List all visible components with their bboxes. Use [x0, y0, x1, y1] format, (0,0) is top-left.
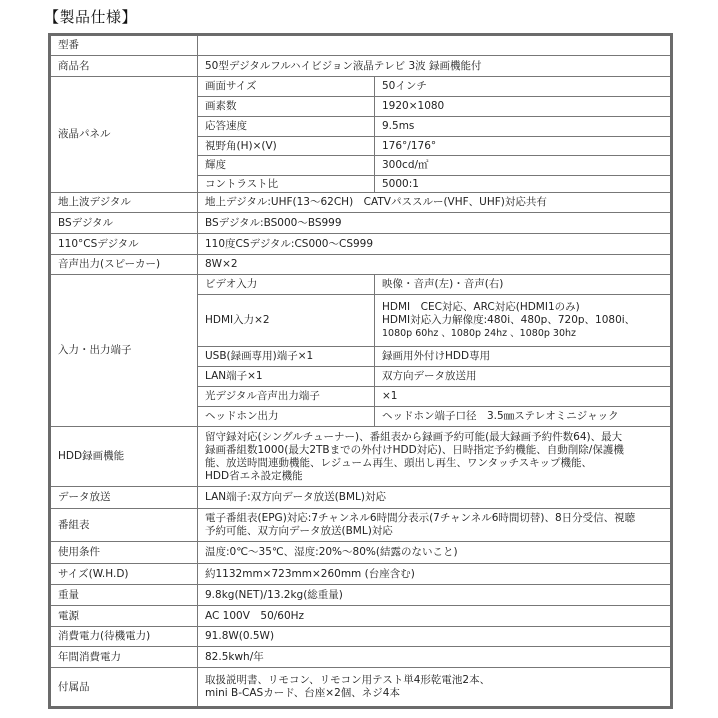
- row-label: 重量: [50, 585, 198, 606]
- table-row: 地上波デジタル 地上デジタル:UHF(13～62CH) CATVパススルー(VH…: [50, 193, 672, 213]
- sub-label: 画面サイズ: [198, 77, 375, 97]
- row-label: 音声出力(スピーカー): [50, 255, 198, 275]
- sub-value: ×1: [375, 387, 672, 407]
- table-row: 音声出力(スピーカー) 8W×2: [50, 255, 672, 275]
- row-label: 年間消費電力: [50, 647, 198, 668]
- row-label: 地上波デジタル: [50, 193, 198, 213]
- sub-value: HDMI CEC対応、ARC対応(HDMI1のみ) HDMI対応入力解像度:48…: [375, 295, 672, 347]
- table-row: 付属品 取扱説明書、リモコン、リモコン用テスト単4形乾電池2本、 mini B-…: [50, 668, 672, 708]
- sub-value: 176°/176°: [375, 137, 672, 156]
- table-row: サイズ(W.H.D) 約1132mm×723mm×260mm (台座含む): [50, 564, 672, 585]
- sub-label: コントラスト比: [198, 176, 375, 193]
- sub-label: HDMI入力×2: [198, 295, 375, 347]
- row-label: 110°CSデジタル: [50, 234, 198, 255]
- row-label: 使用条件: [50, 542, 198, 564]
- row-value: 地上デジタル:UHF(13～62CH) CATVパススルー(VHF、UHF)対応…: [198, 193, 672, 213]
- row-value: LAN端子:双方向データ放送(BML)対応: [198, 487, 672, 509]
- text-line: HDMI CEC対応、ARC対応(HDMI1のみ): [382, 301, 670, 314]
- row-label: 商品名: [50, 56, 198, 77]
- row-label: 付属品: [50, 668, 198, 708]
- row-value: 110度CSデジタル:CS000～CS999: [198, 234, 672, 255]
- table-row: 消費電力(待機電力) 91.8W(0.5W): [50, 627, 672, 647]
- sub-value: ヘッドホン端子口径 3.5㎜ステレオミニジャック: [375, 407, 672, 427]
- text-line: 留守録対応(シングルチューナー)、番組表から録画予約可能(最大録画予約件数64)…: [205, 431, 670, 444]
- table-row: 液晶パネル 画面サイズ 50インチ: [50, 77, 672, 97]
- row-value: 82.5kwh/年: [198, 647, 672, 668]
- sub-label: ビデオ入力: [198, 275, 375, 295]
- table-row: BSデジタル BSデジタル:BS000～BS999: [50, 213, 672, 234]
- row-value: 留守録対応(シングルチューナー)、番組表から録画予約可能(最大録画予約件数64)…: [198, 427, 672, 487]
- table-row: 電源 AC 100V 50/60Hz: [50, 606, 672, 627]
- table-row: 110°CSデジタル 110度CSデジタル:CS000～CS999: [50, 234, 672, 255]
- row-value: BSデジタル:BS000～BS999: [198, 213, 672, 234]
- sub-value: 50インチ: [375, 77, 672, 97]
- row-label: 液晶パネル: [50, 77, 198, 193]
- sub-value: 300cd/㎡: [375, 156, 672, 176]
- text-line: 能、放送時間連動機能、レジューム再生、頭出し再生、ワンタッチスキップ機能、: [205, 457, 670, 470]
- row-label: 入力・出力端子: [50, 275, 198, 427]
- row-value: 電子番組表(EPG)対応:7チャンネル6時間分表示(7チャンネル6時間切替)、8…: [198, 509, 672, 542]
- spec-table: 型番 商品名 50型デジタルフルハイビジョン液晶テレビ 3波 録画機能付 液晶パ…: [48, 33, 673, 709]
- text-line: mini B-CASカード、台座×2個、ネジ4本: [205, 687, 670, 700]
- table-row: 使用条件 温度:0℃～35℃、湿度:20%～80%(結露のないこと): [50, 542, 672, 564]
- row-value: [198, 35, 672, 56]
- sub-label: ヘッドホン出力: [198, 407, 375, 427]
- row-label: HDD録画機能: [50, 427, 198, 487]
- row-value: 8W×2: [198, 255, 672, 275]
- row-value: 取扱説明書、リモコン、リモコン用テスト単4形乾電池2本、 mini B-CASカ…: [198, 668, 672, 708]
- sub-value: 映像・音声(左)・音声(右): [375, 275, 672, 295]
- row-value: 91.8W(0.5W): [198, 627, 672, 647]
- text-line: 1080p 60hz 、1080p 24hz 、1080p 30hz: [382, 327, 670, 340]
- sub-value: 双方向データ放送用: [375, 367, 672, 387]
- sub-value: 1920×1080: [375, 97, 672, 117]
- text-line: 予約可能、双方向データ放送(BML)対応: [205, 525, 670, 538]
- page-title: 【製品仕様】: [44, 6, 137, 27]
- sub-value: 録画用外付けHDD専用: [375, 347, 672, 367]
- sub-label: 輝度: [198, 156, 375, 176]
- row-label: サイズ(W.H.D): [50, 564, 198, 585]
- row-value: 温度:0℃～35℃、湿度:20%～80%(結露のないこと): [198, 542, 672, 564]
- sub-label: 視野角(H)×(V): [198, 137, 375, 156]
- sub-label: 光デジタル音声出力端子: [198, 387, 375, 407]
- text-line: HDMI対応入力解像度:480i、480p、720p、1080i、: [382, 314, 670, 327]
- sub-label: LAN端子×1: [198, 367, 375, 387]
- table-row: 番組表 電子番組表(EPG)対応:7チャンネル6時間分表示(7チャンネル6時間切…: [50, 509, 672, 542]
- sub-label: 応答速度: [198, 117, 375, 137]
- text-line: HDD省エネ設定機能: [205, 470, 670, 483]
- row-label: 番組表: [50, 509, 198, 542]
- row-label: 消費電力(待機電力): [50, 627, 198, 647]
- text-line: 録画番組数1000(最大2TBまでの外付けHDD対応)、日時指定予約機能、自動削…: [205, 444, 670, 457]
- row-value: AC 100V 50/60Hz: [198, 606, 672, 627]
- sub-value: 5000:1: [375, 176, 672, 193]
- table-row: 重量 9.8kg(NET)/13.2kg(総重量): [50, 585, 672, 606]
- table-row: 型番: [50, 35, 672, 56]
- text-line: 電子番組表(EPG)対応:7チャンネル6時間分表示(7チャンネル6時間切替)、8…: [205, 512, 670, 525]
- sub-label: USB(録画専用)端子×1: [198, 347, 375, 367]
- table-row: データ放送 LAN端子:双方向データ放送(BML)対応: [50, 487, 672, 509]
- row-label: BSデジタル: [50, 213, 198, 234]
- row-label: 電源: [50, 606, 198, 627]
- sub-value: 9.5ms: [375, 117, 672, 137]
- sub-label: 画素数: [198, 97, 375, 117]
- table-row: HDD録画機能 留守録対応(シングルチューナー)、番組表から録画予約可能(最大録…: [50, 427, 672, 487]
- table-row: 商品名 50型デジタルフルハイビジョン液晶テレビ 3波 録画機能付: [50, 56, 672, 77]
- table-row: 入力・出力端子 ビデオ入力 映像・音声(左)・音声(右): [50, 275, 672, 295]
- row-value: 50型デジタルフルハイビジョン液晶テレビ 3波 録画機能付: [198, 56, 672, 77]
- row-label: データ放送: [50, 487, 198, 509]
- table-row: 年間消費電力 82.5kwh/年: [50, 647, 672, 668]
- row-value: 約1132mm×723mm×260mm (台座含む): [198, 564, 672, 585]
- text-line: 取扱説明書、リモコン、リモコン用テスト単4形乾電池2本、: [205, 674, 670, 687]
- row-value: 9.8kg(NET)/13.2kg(総重量): [198, 585, 672, 606]
- row-label: 型番: [50, 35, 198, 56]
